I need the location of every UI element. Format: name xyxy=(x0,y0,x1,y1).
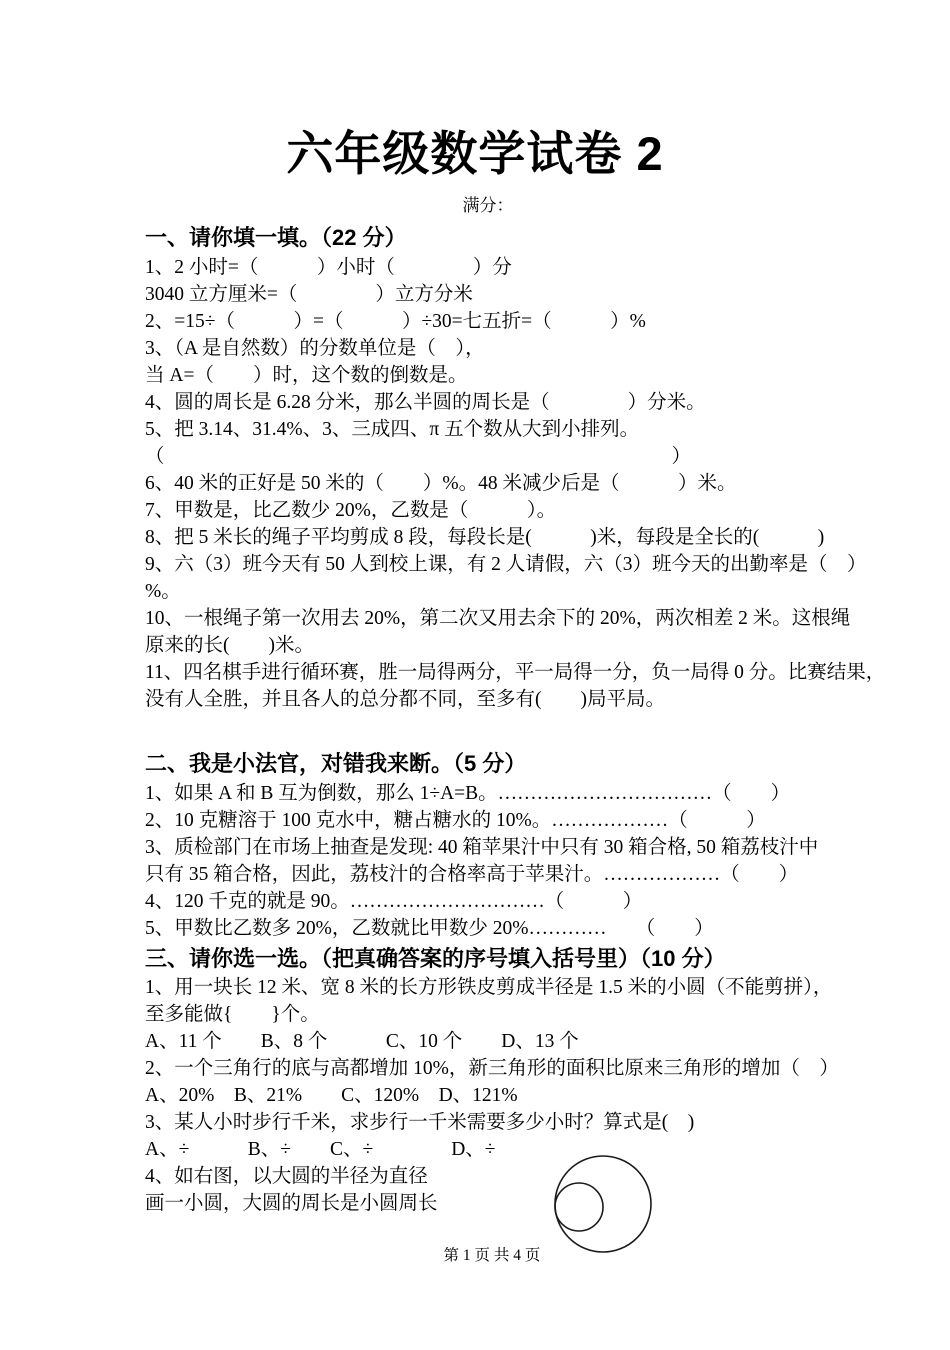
s3-q3-options: A、÷ B、÷ C、÷ D、÷ xyxy=(145,1136,855,1163)
s2-q2-line: 2、10 克糖溶于 100 克水中，糖占糖水的 10%。………………（ ） xyxy=(145,807,855,834)
s1-q5-line: 5、把 3.14、31.4%、3、三成四、π 五个数从大到小排列。 xyxy=(145,416,855,443)
s1-q1-line: 1、2 小时=（ ）小时（ ）分 xyxy=(145,254,855,281)
s3-q4-line-2: 画一小圆，大圆的周长是小圆周长 xyxy=(145,1190,855,1217)
small-circle xyxy=(555,1183,603,1231)
s3-q1-options: A、11 个 B、8 个 C、10 个 D、13 个 xyxy=(145,1028,855,1055)
s1-q11-line: 11、四名棋手进行循环赛，胜一局得两分，平一局得一分，负一局得 0 分。比赛结果… xyxy=(145,659,855,686)
s1-q9-line-2: %。 xyxy=(145,578,855,605)
s1-q5-answer-line: （ ） xyxy=(145,443,855,470)
section-3-heading: 三、请你选一选。（把真确答案的序号填入括号里）（10 分） xyxy=(145,944,855,974)
page-footer: 第 1 页 共 4 页 xyxy=(0,1246,950,1266)
page-title: 六年级数学试卷 2 xyxy=(0,122,950,186)
s2-q3-line-2: 只有 35 箱合格，因此，荔枝汁的合格率高于苹果汁。………………（ ） xyxy=(145,861,855,888)
exam-page: 六年级数学试卷 2 满分： 一、请你填一填。（22 分） 1、2 小时=（ ）小… xyxy=(0,0,950,1350)
exam-content: 一、请你填一填。（22 分） 1、2 小时=（ ）小时（ ）分 3040 立方厘… xyxy=(145,222,855,1217)
full-score-label: 满分： xyxy=(0,196,950,216)
s3-q1-line-2: 至多能做{ }个。 xyxy=(145,1001,855,1028)
s1-q8-line: 8、把 5 米长的绳子平均剪成 8 段，每段长是( )米，每段是全长的( ) xyxy=(145,524,855,551)
s1-q1-line-2: 3040 立方厘米=（ ）立方分米 xyxy=(145,281,855,308)
s1-q10-line: 10、一根绳子第一次用去 20%，第二次又用去余下的 20%，两次相差 2 米。… xyxy=(145,605,855,632)
s1-q10-line-2: 原来的长( )米。 xyxy=(145,632,855,659)
s1-q2-line: 2、=15÷（ ）=（ ）÷30=七五折=（ ）% xyxy=(145,308,855,335)
s3-q2-line: 2、一个三角行的底与高都增加 10%，新三角形的面积比原来三角形的增加（ ） xyxy=(145,1055,855,1082)
s3-q4-line: 4、如右图，以大圆的半径为直径 xyxy=(145,1163,855,1190)
s1-q11-line-2: 没有人全胜，并且各人的总分都不同，至多有( )局平局。 xyxy=(145,686,855,713)
s1-q4-line: 4、圆的周长是 6.28 分米，那么半圆的周长是（ ）分米。 xyxy=(145,389,855,416)
s2-q3-line: 3、质检部门在市场上抽查是发现: 40 箱苹果汁中只有 30 箱合格, 50 箱… xyxy=(145,834,855,861)
s1-q9-line: 9、六（3）班今天有 50 人到校上课，有 2 人请假，六（3）班今天的出勤率是… xyxy=(145,551,855,578)
section-2-heading: 二、我是小法官，对错我来断。（5 分） xyxy=(145,748,855,780)
s3-q3-line: 3、某人小时步行千米，求步行一千米需要多少小时？算式是( ) xyxy=(145,1109,855,1136)
s1-q3-line: 3、（A 是自然数）的分数单位是（ ）， xyxy=(145,335,855,362)
s3-q2-options: A、20% B、21% C、120% D、121% xyxy=(145,1082,855,1109)
s2-q4-line: 4、120 千克的就是 90。…………………………（ ） xyxy=(145,888,855,915)
s3-q1-line: 1、用一块长 12 米、宽 8 米的长方形铁皮剪成半径是 1.5 米的小圆（不能… xyxy=(145,974,855,1001)
s1-q7-line: 7、甲数是，比乙数少 20%，乙数是（ ）。 xyxy=(145,497,855,524)
s1-q3-line-2: 当 A=（ ）时，这个数的倒数是。 xyxy=(145,362,855,389)
s2-q5-line: 5、甲数比乙数多 20%，乙数就比甲数少 20%………… （ ） xyxy=(145,915,855,942)
s1-q6-line: 6、40 米的正好是 50 米的（ ）%。48 米减少后是（ ）米。 xyxy=(145,470,855,497)
section-1-heading: 一、请你填一填。（22 分） xyxy=(145,222,855,254)
s2-q1-line: 1、如果 A 和 B 互为倒数，那么 1÷A=B。……………………………（ ） xyxy=(145,780,855,807)
